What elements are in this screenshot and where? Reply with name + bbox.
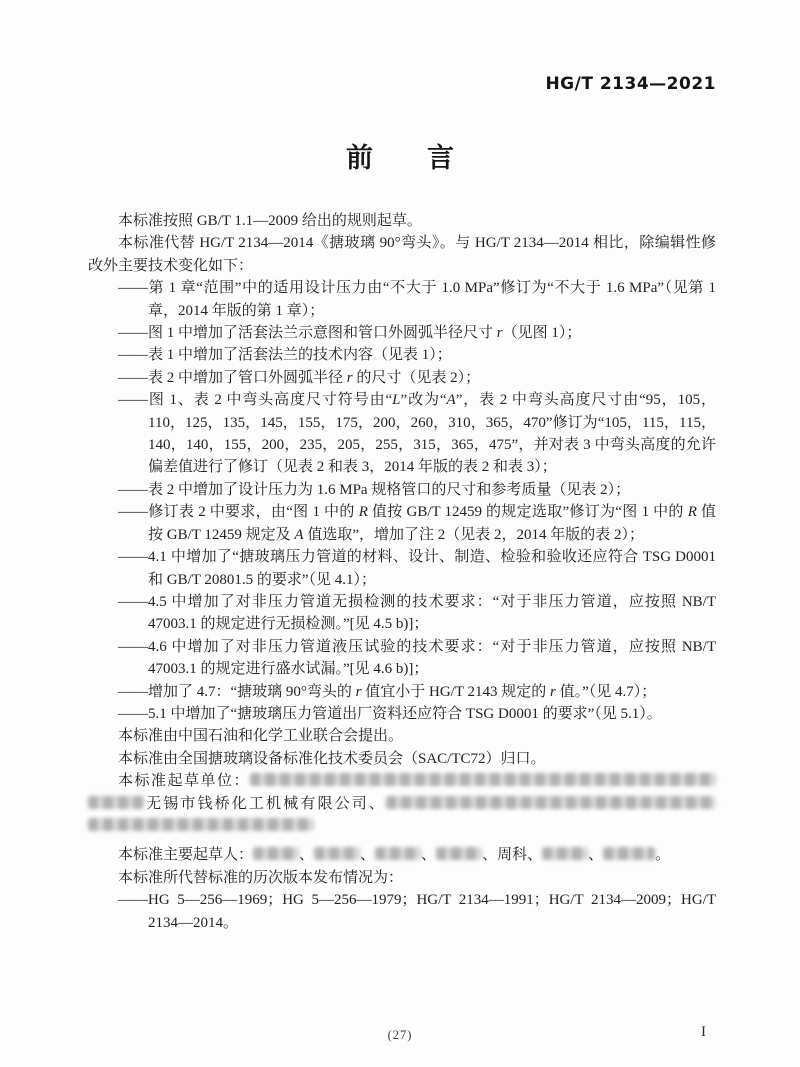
redacted-text [603,847,655,860]
text-run: ——第 1 章“范围”中的适用设计压力由“不大于 1.0 MPa”修订为“不大于… [118,280,716,318]
redacted-text [375,847,421,860]
text-run: 值按 GB/T 12459 的规定选取”修订为“图 1 中的 [368,504,688,520]
text-run: 无锡市钱桥化工机械有限公司、 [144,796,386,812]
text-run: ——表 2 中增加了管口外圆弧半径 [118,370,347,386]
text-run: ——5.1 中增加了“搪玻璃压力管道出厂资料还应符合 TSG D0001 的要求… [118,706,662,722]
text-run: ”改为“ [401,392,447,408]
redacted-text [88,818,314,831]
list-item: ——图 1、表 2 中弯头高度尺寸符号由“L”改为“A”，表 2 中弯头高度尺寸… [88,389,716,479]
list-item: ——HG 5—256—1969；HG 5—256—1979；HG/T 2134—… [88,889,716,934]
footer-page-number: I [701,1024,706,1041]
text-run: ——HG 5—256—1969；HG 5—256—1979；HG/T 2134—… [118,892,716,930]
italic-variable: A [294,527,303,543]
redacted-text [386,796,716,809]
text-run: ——修订表 2 中要求，由“图 1 中的 [118,504,359,520]
text-run: ——4.5 中增加了对非压力管道无损检测的技术要求：“对于非压力管道，应按照 N… [118,594,716,632]
page: HG/T 2134—2021 前 言 本标准按照 GB/T 1.1—2009 给… [0,0,800,1067]
list-item: ——4.5 中增加了对非压力管道无损检测的技术要求：“对于非压力管道，应按照 N… [88,591,716,636]
redacted-text [253,847,299,860]
footer-page-marker: (27) [0,1028,800,1043]
text-run: 值选取”，增加了注 2（见表 2，2014 年版的表 2）； [304,527,644,543]
text-run: 本标准由中国石油和化学工业联合会提出。 [118,728,403,744]
text-run: ——图 1 中增加了活套法兰示意图和管口外圆弧半径尺寸 [118,325,497,341]
italic-variable: L [392,392,400,408]
text-run: 、 [588,847,603,863]
list-item: ——表 1 中增加了活套法兰的技术内容（见表 1）； [88,344,716,366]
paragraph: 本标准代替 HG/T 2134—2014《搪玻璃 90°弯头》。与 HG/T 2… [88,232,716,277]
redacted-text [88,796,144,809]
standard-number: HG/T 2134—2021 [545,74,716,94]
text-run: 、 [482,847,497,863]
text-run: ——4.6 中增加了对非压力管道液压试验的技术要求：“对于非压力管道，应按照 N… [118,639,716,677]
paragraph: 本标准由全国搪玻璃设备标准化技术委员会（SAC/TC72）归口。 [88,748,716,770]
text-run: 本标准按照 GB/T 1.1—2009 给出的规则起草。 [118,213,422,229]
paragraph: 本标准主要起草人：、、、、周科、、。 [88,844,716,866]
list-item: ——第 1 章“范围”中的适用设计压力由“不大于 1.0 MPa”修订为“不大于… [88,277,716,322]
paragraph: 本标准所代替标准的历次版本发布情况为： [88,867,716,889]
text-run: 本标准由全国搪玻璃设备标准化技术委员会（SAC/TC72）归口。 [118,751,546,767]
text-run: （见图 1）； [503,325,582,341]
text-run: 本标准所代替标准的历次版本发布情况为： [118,870,403,886]
redacted-text [314,847,360,860]
text-run: ——表 2 中增加了设计压力为 1.6 MPa 规格管口的尺寸和参考质量（见表 … [118,482,630,498]
text-run: 值。”（见 4.7）； [556,684,656,700]
text-run: ——4.1 中增加了“搪玻璃压力管道的材料、设计、制造、检验和验收还应符合 TS… [118,549,716,587]
redacted-text [436,847,482,860]
page-title: 前 言 [0,136,800,175]
paragraph: 本标准按照 GB/T 1.1—2009 给出的规则起草。 [88,210,716,232]
list-item: ——表 2 中增加了管口外圆弧半径 r 的尺寸（见表 2）； [88,367,716,389]
list-item: ——4.1 中增加了“搪玻璃压力管道的材料、设计、制造、检验和验收还应符合 TS… [88,546,716,591]
italic-variable: R [359,504,368,520]
redacted-text [250,773,716,786]
list-item: ——5.1 中增加了“搪玻璃压力管道出厂资料还应符合 TSG D0001 的要求… [88,703,716,725]
text-run: 周科、 [497,847,542,863]
list-item: ——修订表 2 中要求，由“图 1 中的 R 值按 GB/T 12459 的规定… [88,501,716,546]
list-item: ——图 1 中增加了活套法兰示意图和管口外圆弧半径尺寸 r（见图 1）； [88,322,716,344]
text-run: 、 [360,847,375,863]
italic-variable: R [688,504,697,520]
italic-variable: A [447,392,456,408]
redacted-text [542,847,588,860]
text-run: ——增加了 4.7：“搪玻璃 90°弯头的 [118,684,356,700]
text-run: ——表 1 中增加了活套法兰的技术内容（见表 1）； [118,347,452,363]
list-item: ——表 2 中增加了设计压力为 1.6 MPa 规格管口的尺寸和参考质量（见表 … [88,479,716,501]
text-run: ——图 1、表 2 中弯头高度尺寸符号由“ [118,392,392,408]
text-run: 、 [299,847,314,863]
document-body: 本标准按照 GB/T 1.1—2009 给出的规则起草。本标准代替 HG/T 2… [88,210,716,934]
paragraph: 本标准起草单位：无锡市钱桥化工机械有限公司、 [88,770,716,837]
list-item: ——增加了 4.7：“搪玻璃 90°弯头的 r 值宜小于 HG/T 2143 规… [88,681,716,703]
list-item: ——4.6 中增加了对非压力管道液压试验的技术要求：“对于非压力管道，应按照 N… [88,636,716,681]
text-run: 。 [655,847,670,863]
text-run: 本标准主要起草人： [118,847,253,863]
text-run: 本标准起草单位： [118,773,250,789]
paragraph: 本标准由中国石油和化学工业联合会提出。 [88,725,716,747]
text-run: 的尺寸（见表 2）； [353,370,481,386]
text-run: 、 [421,847,436,863]
text-run: 本标准代替 HG/T 2134—2014《搪玻璃 90°弯头》。与 HG/T 2… [88,235,716,273]
text-run: 值宜小于 HG/T 2143 规定的 [362,684,550,700]
